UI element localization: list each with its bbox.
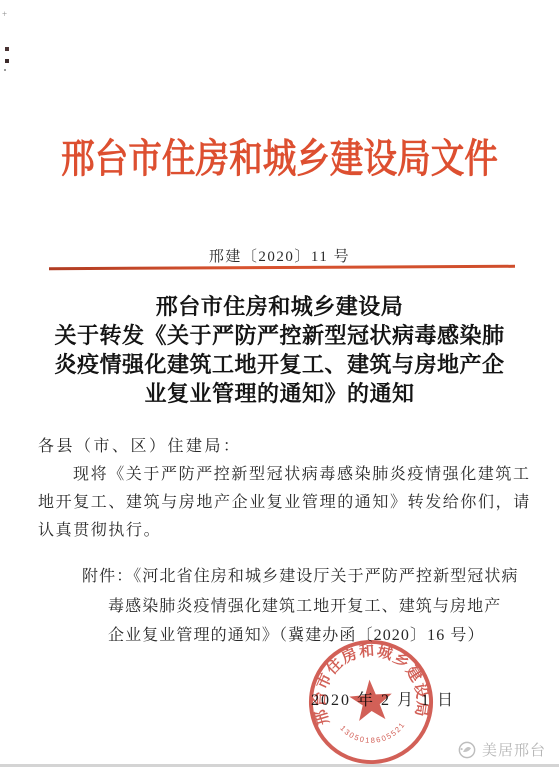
- document-page: + 邢台市住房和城乡建设局文件 邢建〔2020〕11 号 邢台市住房和城乡建设局…: [0, 0, 559, 769]
- salutation: 各县（市、区）住建局：: [38, 433, 242, 456]
- body-paragraph: 现将《关于严防严控新型冠状病毒感染肺炎疫情强化建筑工 地开复工、建筑与房地产企业…: [38, 461, 531, 545]
- scan-artifact: [5, 47, 9, 51]
- title-line: 炎疫情强化建筑工地开复工、建筑与房地产企: [0, 350, 559, 379]
- attachment-note: 附件：《河北省住房和城乡建设厅关于严防严控新型冠状病 毒感染肺炎疫情强化建筑工地…: [38, 562, 519, 651]
- attachment-line: 附件：《河北省住房和城乡建设厅关于严防严控新型冠状病: [38, 562, 519, 592]
- title-line: 邢台市住房和城乡建设局: [0, 292, 559, 321]
- red-header-title: 邢台市住房和城乡建设局文件: [45, 127, 515, 184]
- title-line: 关于转发《关于严防严控新型冠状病毒感染肺: [0, 321, 559, 350]
- page-bottom-edge: [0, 764, 559, 767]
- paragraph-line: 地开复工、建筑与房地产企业复业管理的通知》转发给你们，请: [38, 489, 531, 517]
- watermark-badge: 美居邢台: [458, 739, 546, 760]
- watermark-logo-icon: [458, 741, 476, 759]
- seal-star-icon: [348, 678, 393, 721]
- attachment-line: 企业复业管理的通知》（冀建办函〔2020〕16 号）: [38, 621, 519, 651]
- paragraph-line: 现将《关于严防严控新型冠状病毒感染肺炎疫情强化建筑工: [38, 461, 531, 489]
- watermark-label: 美居邢台: [482, 739, 546, 760]
- document-title: 邢台市住房和城乡建设局 关于转发《关于严防严控新型冠状病毒感染肺 炎疫情强化建筑…: [0, 292, 559, 408]
- seal-code-text: 1305018605521: [338, 719, 409, 747]
- paragraph-line: 认真贯彻执行。: [38, 517, 531, 545]
- scan-artifact: [5, 59, 9, 63]
- scan-artifact: +: [2, 10, 7, 19]
- official-seal-stamp-icon: 邢台市住房和城乡建设局 1305018605521: [298, 631, 445, 769]
- title-line: 业复业管理的通知》的通知: [0, 379, 559, 408]
- document-number: 邢建〔2020〕11 号: [0, 245, 559, 266]
- svg-text:1305018605521: 1305018605521: [338, 719, 409, 747]
- attachment-line: 毒感染肺炎疫情强化建筑工地开复工、建筑与房地产: [38, 592, 519, 622]
- scan-artifact: [4, 69, 6, 71]
